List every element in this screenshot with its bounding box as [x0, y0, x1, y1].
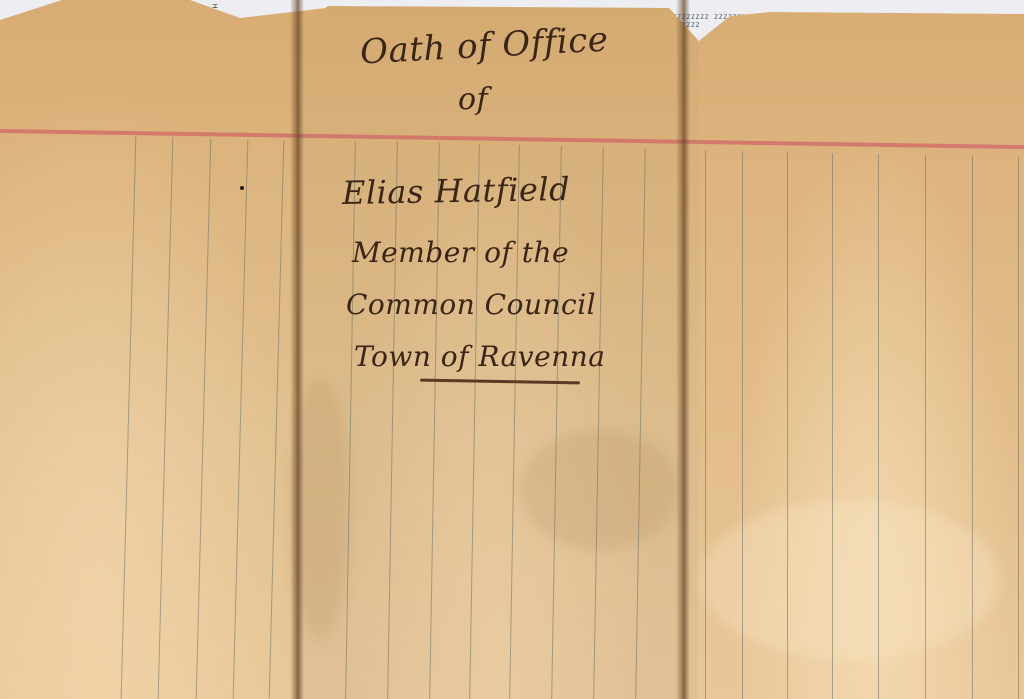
backing-letter: H [211, 3, 219, 8]
document-of: of [458, 82, 488, 117]
ink-dot [240, 186, 244, 190]
ruled-line [832, 153, 833, 699]
ruled-line [1018, 157, 1019, 699]
water-stain [520, 430, 680, 550]
fold-crease-right [676, 0, 690, 699]
role-line-1: Member of the [352, 236, 569, 269]
ruled-line [742, 151, 743, 699]
ruled-line [787, 152, 788, 699]
location-line: Town of Ravenna [354, 340, 605, 373]
role-line-2: Common Council [346, 288, 596, 321]
water-stain [700, 500, 1000, 660]
ruled-line [925, 155, 926, 699]
ruled-line [972, 156, 973, 699]
ruled-line [705, 150, 706, 699]
officer-name: Elias Hatfield [342, 170, 571, 212]
document-photo: H ZZZZZZZZZ ZZZZZZZZZ ZZZZZZZ Oath of Of… [0, 0, 1024, 699]
fold-crease-left [290, 0, 304, 699]
ruled-line [878, 154, 879, 699]
